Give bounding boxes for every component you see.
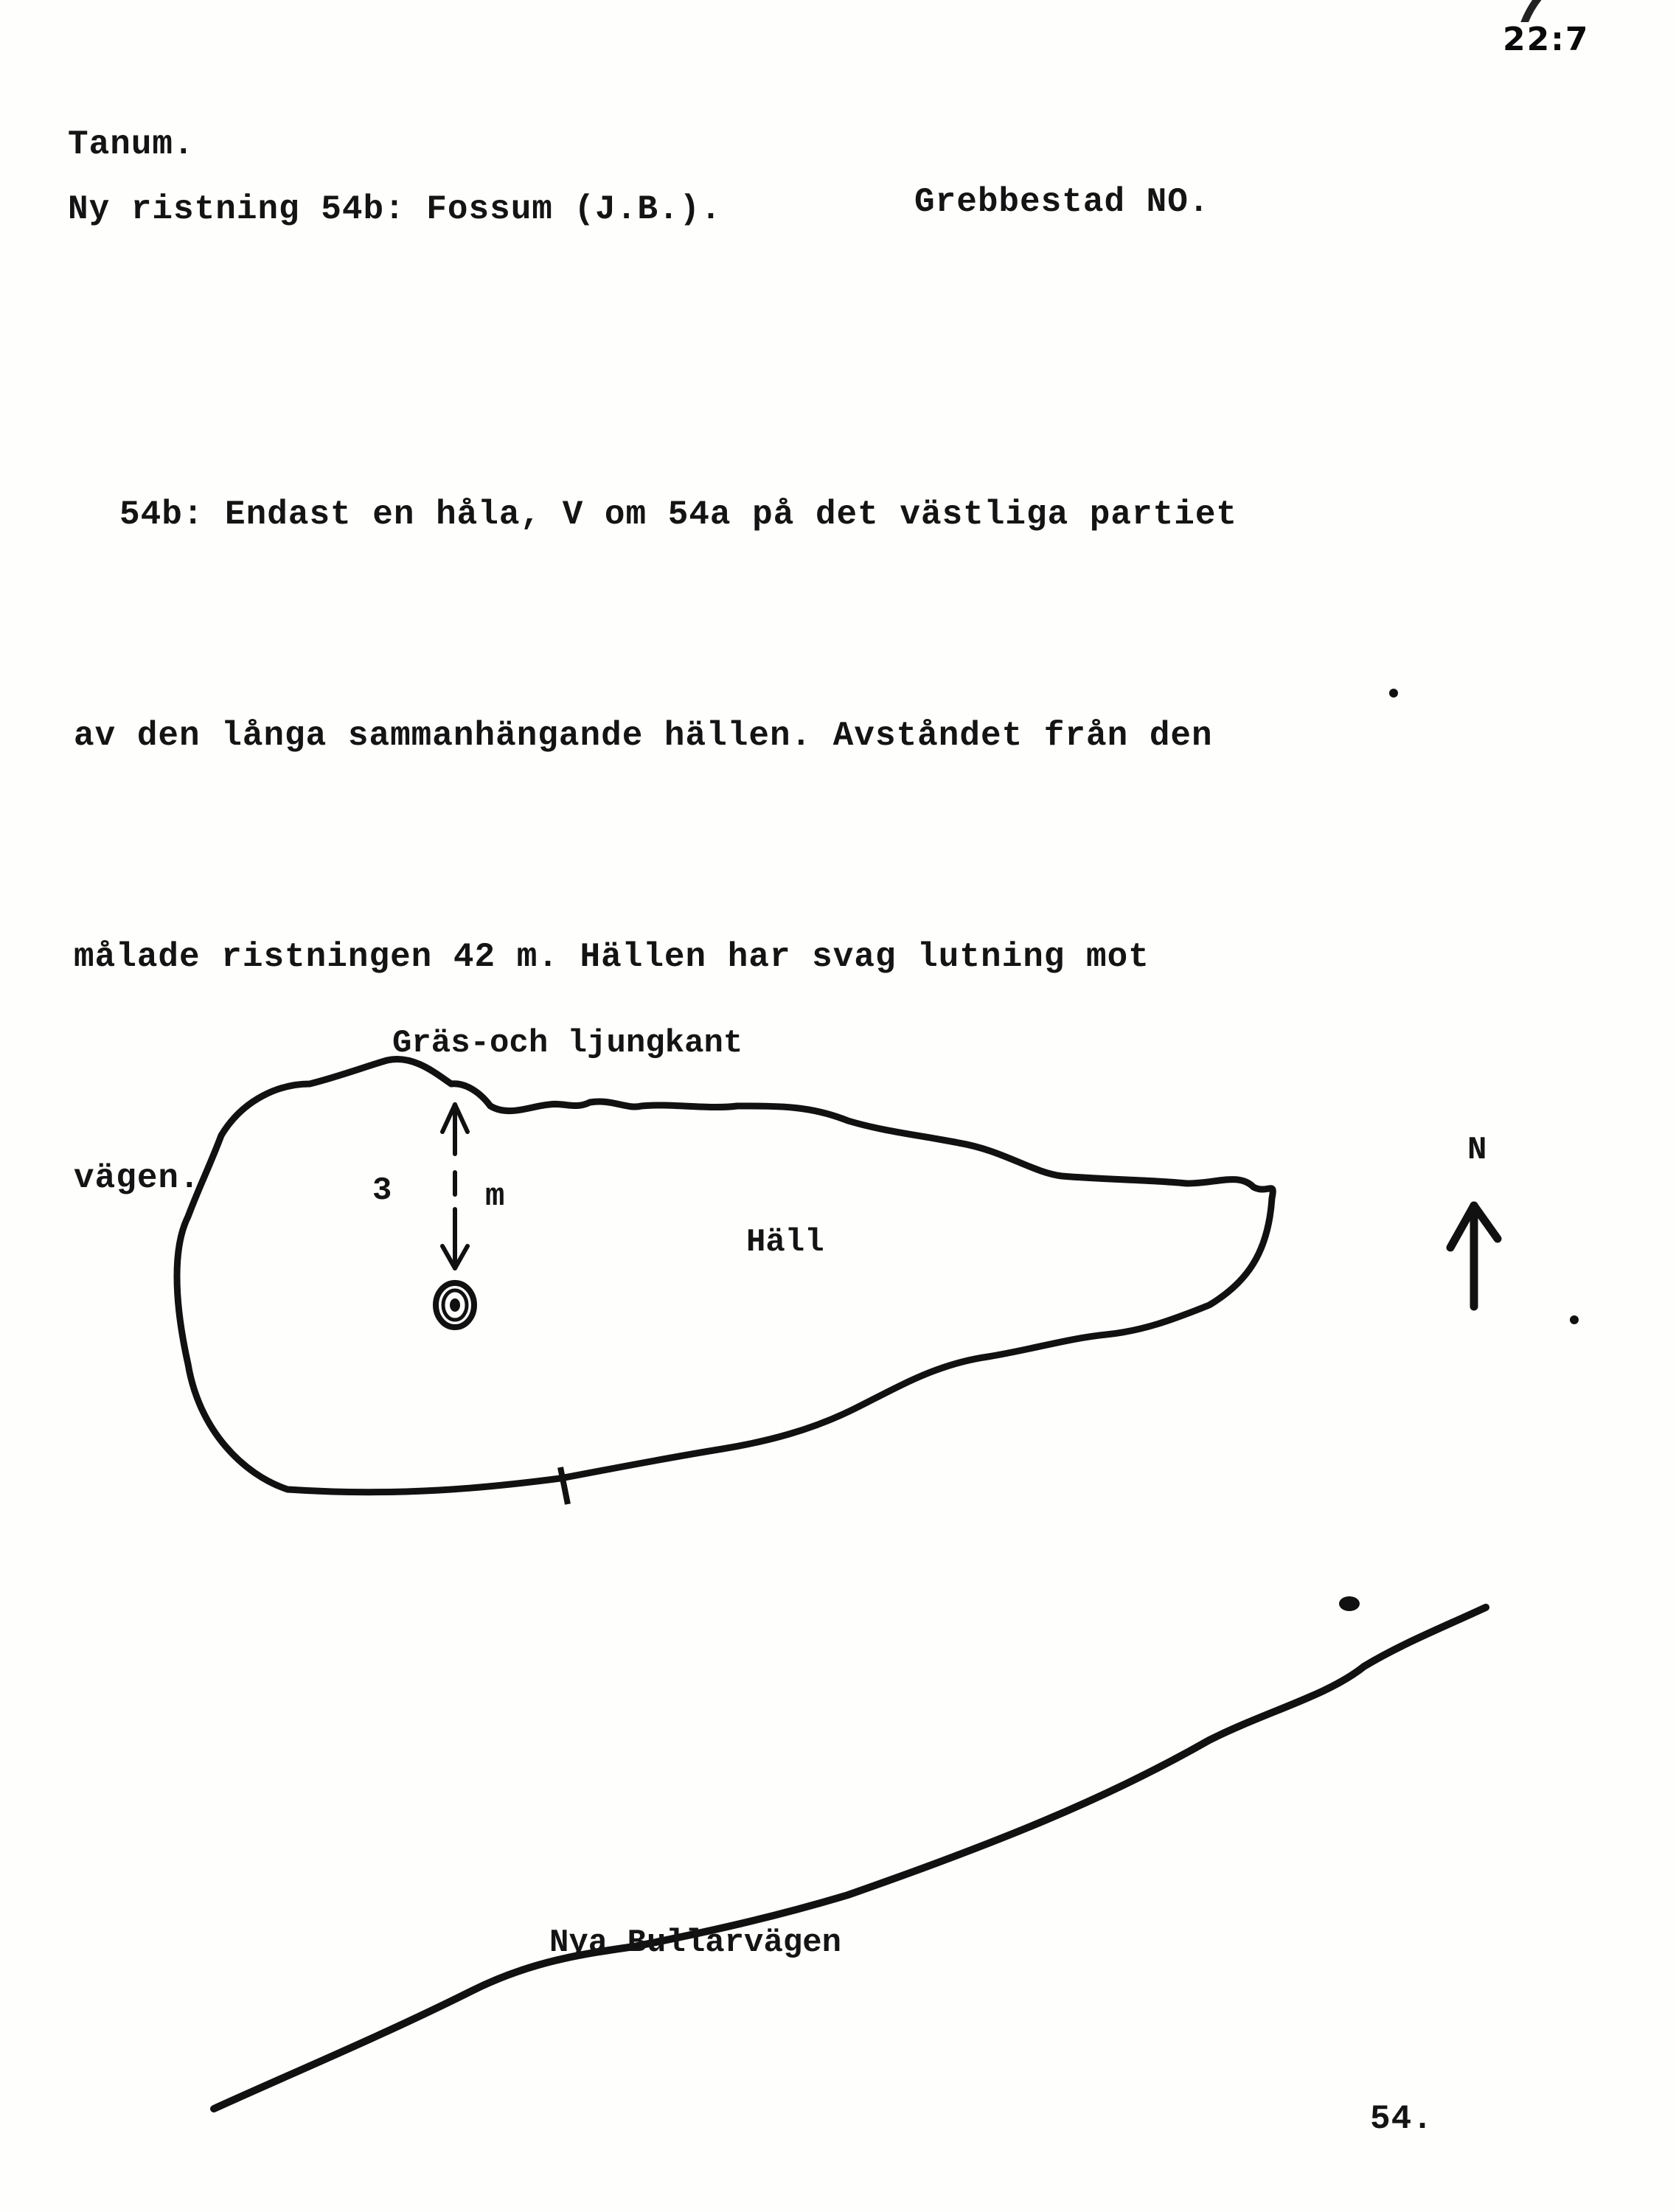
- road-label: Nya Bullarvägen: [549, 1924, 841, 1961]
- notch-mark: [560, 1467, 568, 1504]
- paper-specks: [1339, 689, 1579, 1611]
- archive-number: 22:7: [1503, 21, 1589, 58]
- paragraph-line: av den långa sammanhängande hällen. Avst…: [74, 699, 1237, 773]
- record-title: Ny ristning 54b: Fossum (J.B.).: [68, 190, 722, 229]
- paragraph-line: målade ristningen 42 m. Hällen har svag …: [74, 920, 1237, 994]
- distance-unit: m: [485, 1178, 504, 1215]
- location-label: Grebbestad NO.: [914, 183, 1209, 221]
- page-number: 54.: [1370, 2100, 1433, 2138]
- road-line: [214, 1607, 1486, 2109]
- paragraph-line: vägen.: [74, 1141, 1237, 1215]
- paragraph-line: 54b: Endast en håla, V om 54a på det väs…: [74, 478, 1237, 552]
- edge-label: Gräs-och ljungkant: [392, 1025, 743, 1062]
- distance-number: 3: [372, 1172, 392, 1209]
- municipality-heading: Tanum.: [68, 125, 195, 164]
- rock-label: Häll: [746, 1224, 824, 1261]
- document-page: 22:7 Tanum. Ny ristning 54b: Fossum (J.B…: [0, 0, 1676, 2212]
- description-paragraph: 54b: Endast en håla, V om 54a på det väs…: [74, 330, 1237, 1363]
- north-label: N: [1467, 1132, 1487, 1169]
- north-arrow-icon: [1450, 1206, 1498, 1307]
